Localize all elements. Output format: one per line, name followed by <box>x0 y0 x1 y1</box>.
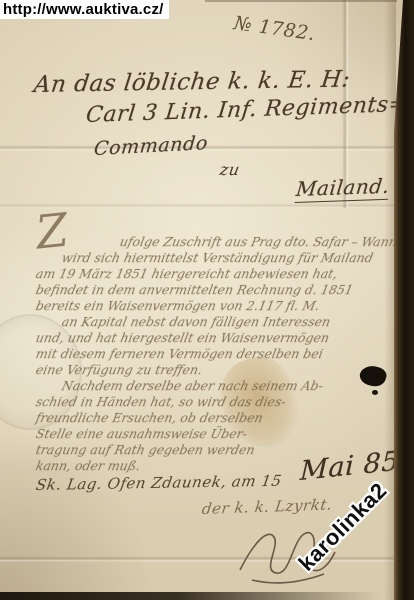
body-line: Nachdem derselbe aber nach seinem Ab- <box>34 378 395 394</box>
body-line: am 19 März 1851 hiergereicht anbewiesen … <box>34 266 395 282</box>
body-line: und, und hat hiergestellt ein Waisenverm… <box>34 330 395 346</box>
scanned-letter-photo: № 1782. An das löbliche k. k. E. H: Carl… <box>0 0 414 600</box>
address-line-1: An das löbliche k. k. E. H: <box>32 66 351 98</box>
url-banner: http://www.auktiva.cz/ <box>0 0 169 19</box>
body-line: bereits ein Waisenvermögen von 2.117 fl.… <box>34 298 395 314</box>
body-line: befindet in dem anvermittelten Rechnung … <box>34 282 395 298</box>
scan-dark-edge-top <box>205 0 397 2</box>
body-line: mit diesem ferneren Vermögen derselben b… <box>34 346 395 362</box>
ink-blot-dot <box>372 390 378 395</box>
body-line: ufolge Zuschrift aus Prag dto. Safar – W… <box>34 234 395 250</box>
body-line: schied in Händen hat, so wird das dies- <box>34 394 395 410</box>
address-city: Mailand. <box>295 174 391 203</box>
letter-body: ufolge Zuschrift aus Prag dto. Safar – W… <box>36 234 394 474</box>
scan-dark-edge-right <box>394 0 414 600</box>
body-line: eine Verfügung zu treffen. <box>34 362 395 378</box>
address-zu: zu <box>218 160 241 179</box>
body-line: wird sich hiermittelst Verständigung für… <box>34 250 395 266</box>
scan-dark-edge-bottom <box>0 592 400 600</box>
body-line: freundliche Ersuchen, ob derselben <box>34 410 395 426</box>
body-line: an Kapital nebst davon fälligen Interess… <box>34 314 395 330</box>
body-line: Stelle eine ausnahmsweise Über- <box>34 426 395 442</box>
